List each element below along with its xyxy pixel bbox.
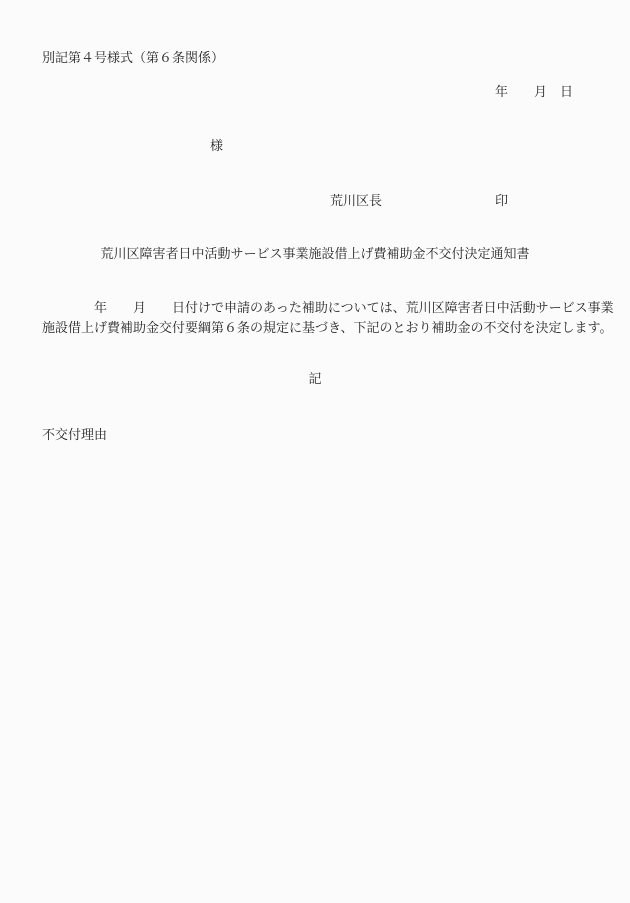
- document-page: { "page": { "background_color": "#fbfbfb…: [0, 0, 630, 903]
- non-grant-reason-label: 不交付理由: [42, 428, 107, 441]
- addressee-honorific: 様: [210, 139, 223, 152]
- seal-mark: 印: [495, 194, 508, 207]
- sender-name: 荒川区長: [330, 194, 382, 207]
- body-line-1: 年 月 日付けで申請のあった補助については、荒川区障害者日中活動サービス事業: [42, 301, 614, 314]
- body-line-2: 施設借上げ費補助金交付要綱第６条の規定に基づき、下記のとおり補助金の不交付を決定…: [42, 321, 612, 334]
- form-number: 別記第４号様式（第６条関係）: [42, 51, 224, 64]
- document-title: 荒川区障害者日中活動サービス事業施設借上げ費補助金不交付決定通知書: [0, 247, 630, 260]
- record-marker: 記: [0, 372, 630, 385]
- date-line: 年 月 日: [495, 85, 573, 98]
